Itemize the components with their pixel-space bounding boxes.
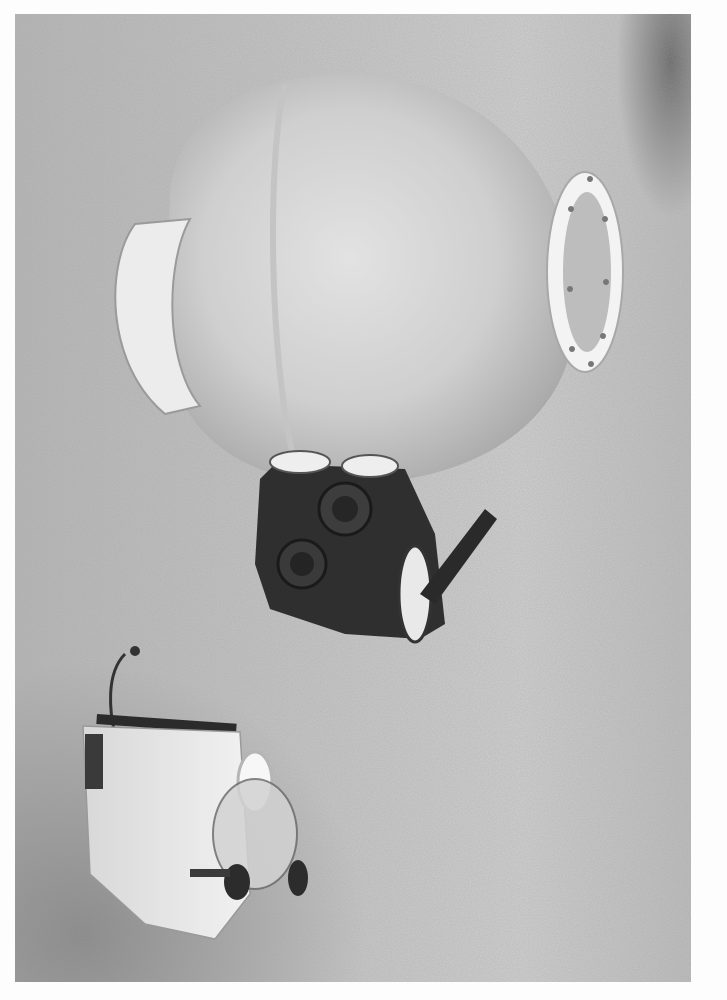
photo — [15, 14, 691, 982]
photo-scene — [15, 14, 691, 982]
